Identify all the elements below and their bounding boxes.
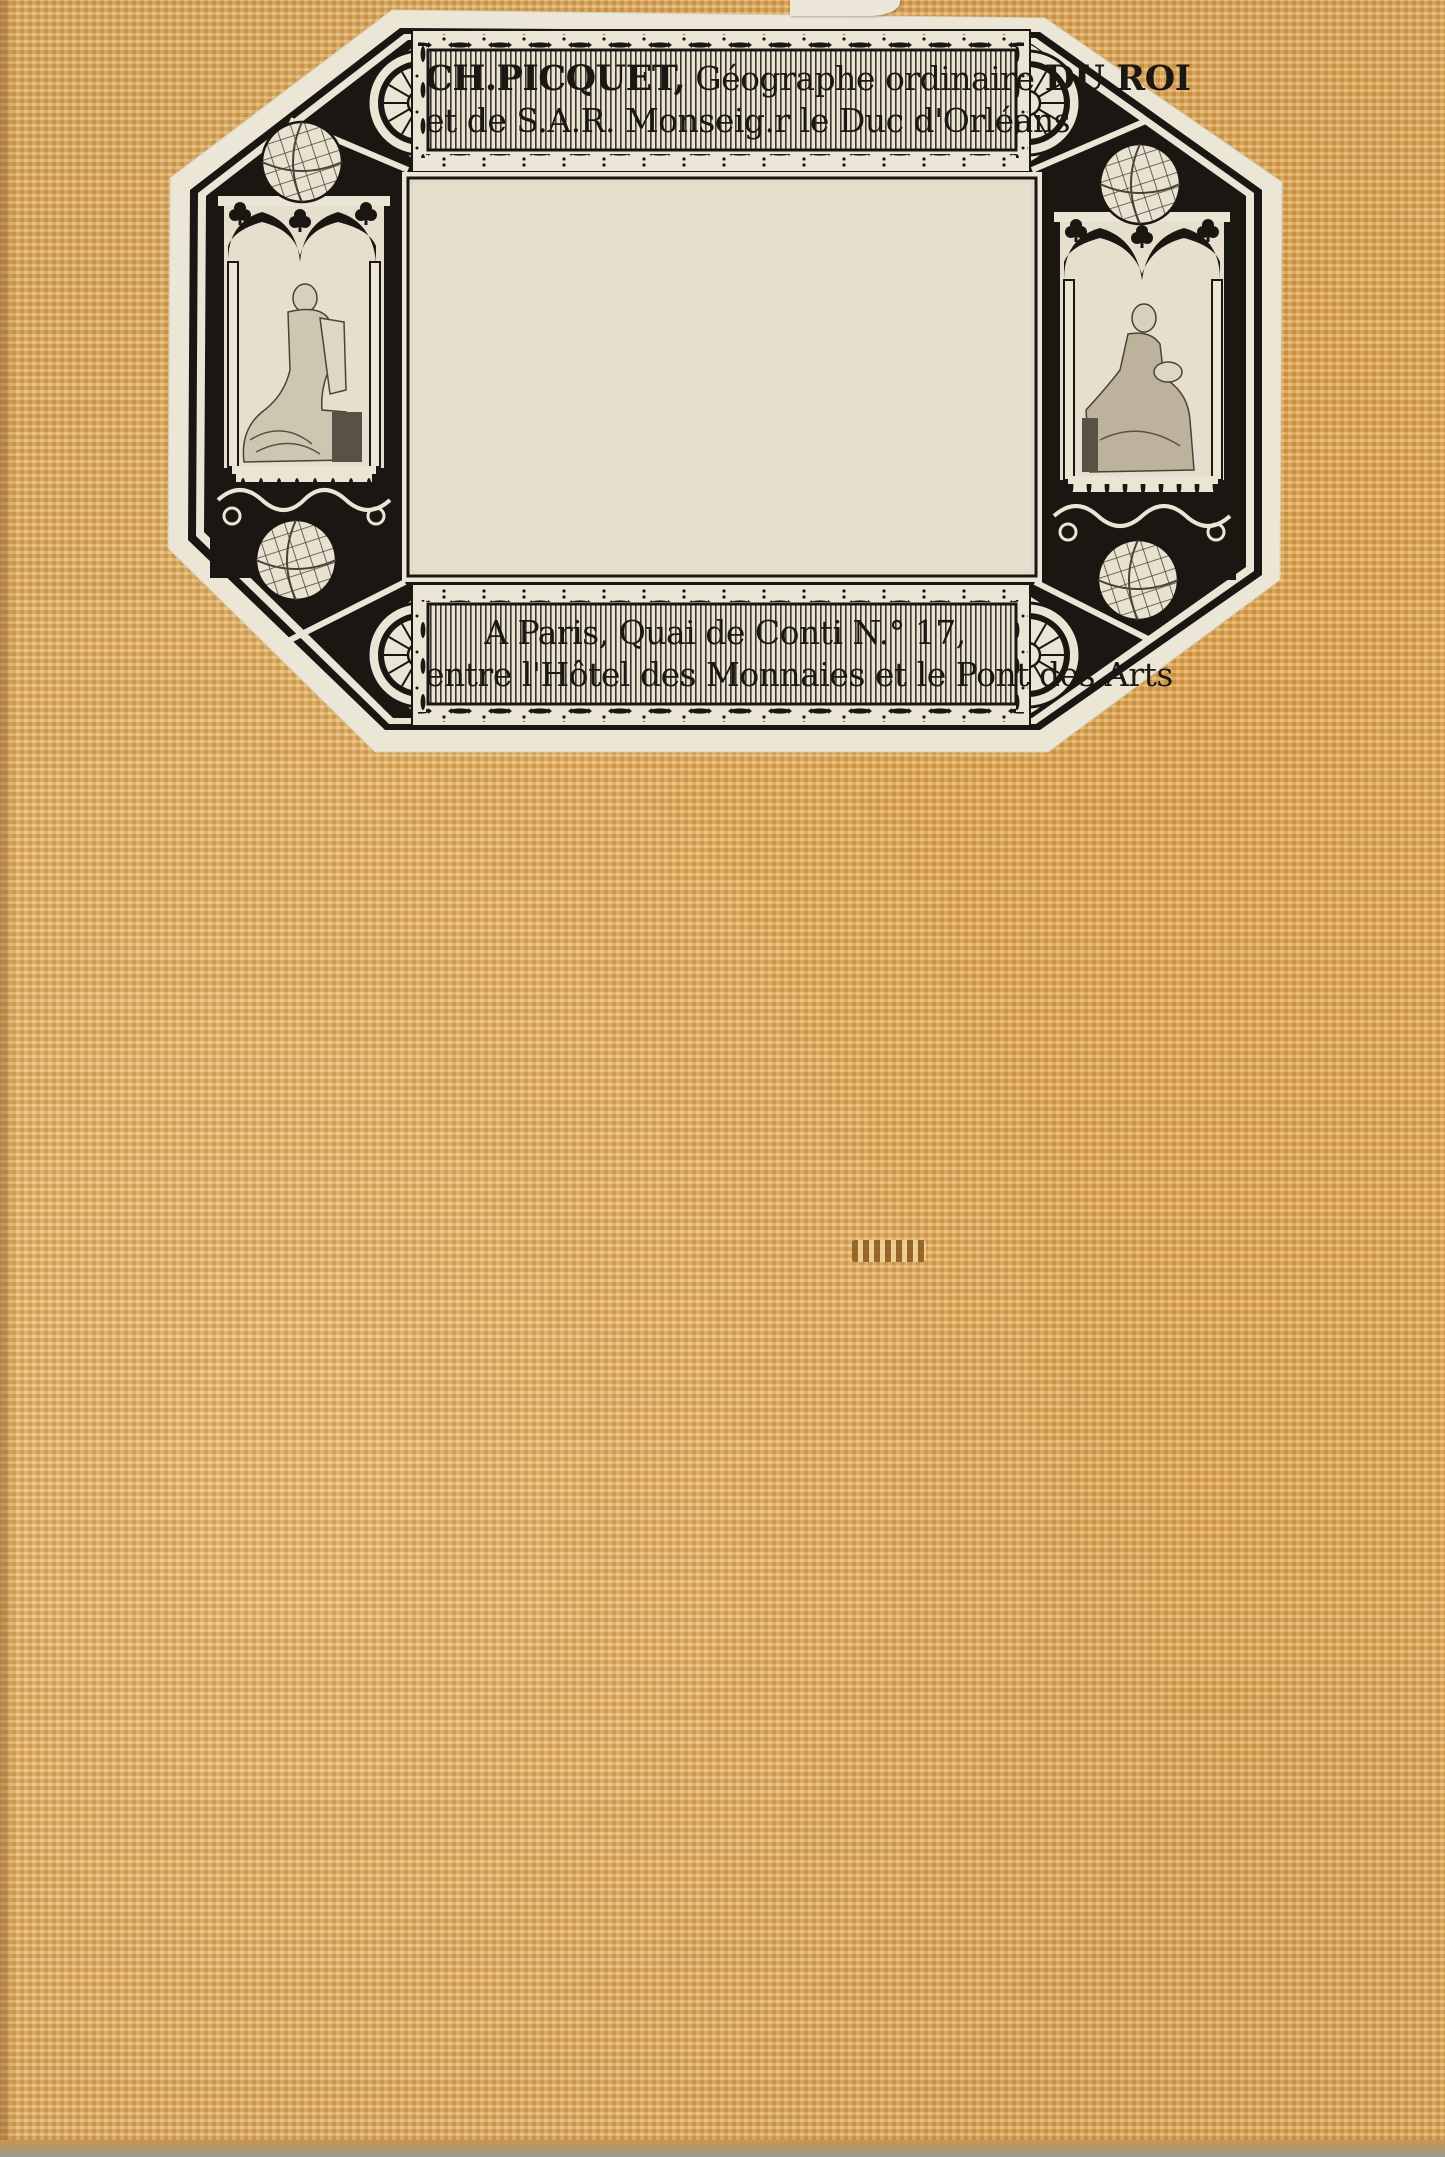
globe-icon [262, 122, 342, 202]
address-line-2: entre l'Hôtel des Monnaies et le Pont de… [425, 654, 1025, 696]
label-blank-area [410, 178, 1030, 573]
globe-icon [256, 520, 336, 600]
publisher-imprint: CH.PICQUET, Géographe ordinaire DU ROI e… [425, 58, 1025, 142]
imprint-line-2: et de S.A.R. Monseig.r le Duc d'Orléans. [425, 100, 1025, 142]
right-ornament-column [1046, 200, 1236, 580]
label-paper-tab [790, 0, 900, 16]
globe-icon [1098, 540, 1178, 620]
cloth-snag [852, 1240, 926, 1262]
publisher-title: Géographe ordinaire [685, 59, 1044, 98]
publisher-royal: DU ROI [1045, 58, 1191, 99]
cover-bottom-edge [0, 2140, 1445, 2157]
publisher-address: A Paris, Quai de Conti N.° 17, entre l'H… [425, 612, 1025, 696]
address-line-1: A Paris, Quai de Conti N.° 17, [425, 612, 1025, 654]
publisher-name: CH.PICQUET, [425, 58, 685, 99]
globe-icon [1100, 144, 1180, 224]
imprint-line-1: CH.PICQUET, Géographe ordinaire DU ROI [425, 58, 1025, 100]
